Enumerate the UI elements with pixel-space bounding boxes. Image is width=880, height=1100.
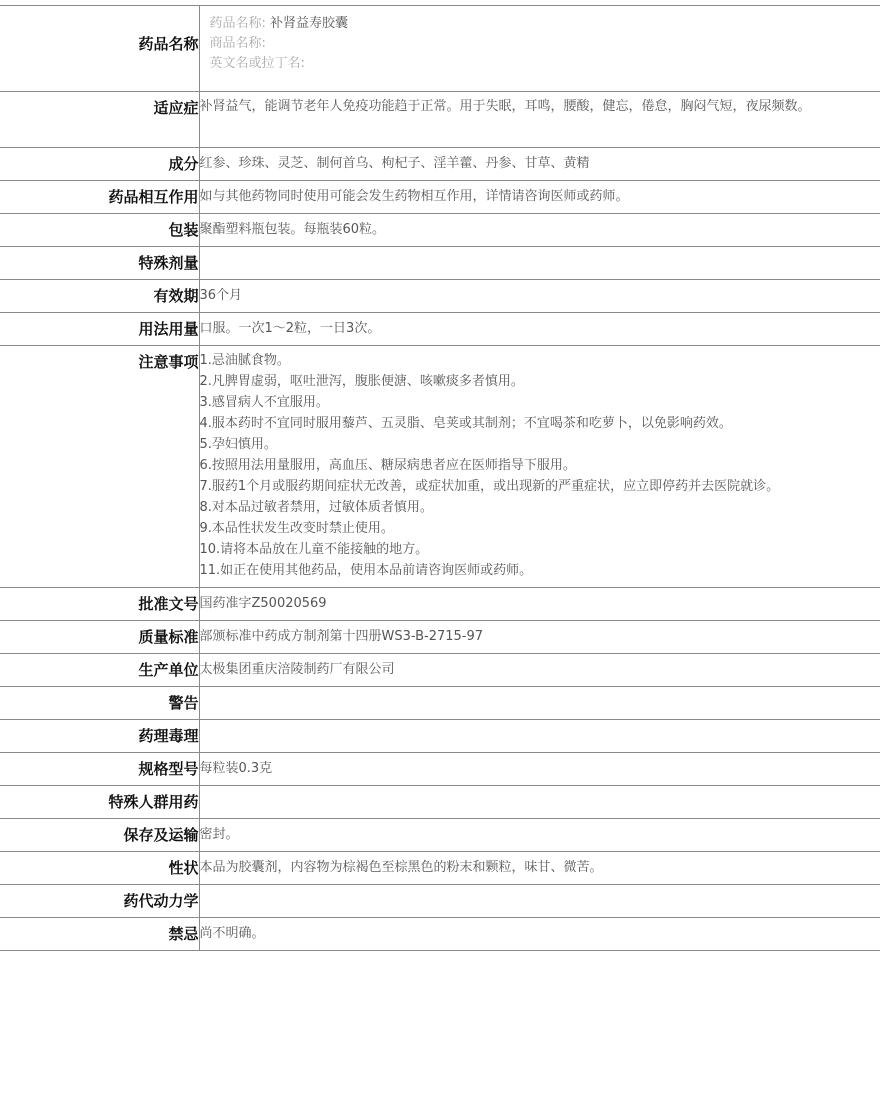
label-storage: 保存及运输 <box>0 819 199 852</box>
value-special-dosage <box>199 247 880 280</box>
row-ingredients: 成分 红参、珍珠、灵芝、制何首乌、枸杞子、淫羊藿、丹参、甘草、黄精 <box>0 148 880 181</box>
label-quality-standard: 质量标准 <box>0 621 199 654</box>
value-pharmacokinetics <box>199 885 880 918</box>
precaution-item: 4.服本药时不宜同时服用藜芦、五灵脂、皂荚或其制剂；不宜喝茶和吃萝卜，以免影响药… <box>200 413 880 434</box>
label-description: 性状 <box>0 852 199 885</box>
value-special-population <box>199 786 880 819</box>
row-quality-standard: 质量标准 部颁标准中药成方制剂第十四册WS3-B-2715-97 <box>0 621 880 654</box>
drug-spec-table: 药品名称 药品名称: 补肾益寿胶囊 商品名称: 英文名或拉丁名: 适应症 补肾益… <box>0 5 880 951</box>
row-special-dosage: 特殊剂量 <box>0 247 880 280</box>
value-usage: 口服。一次1～2粒，一日3次。 <box>199 313 880 346</box>
value-indications: 补肾益气，能调节老年人免疫功能趋于正常。用于失眠，耳鸣，腰酸，健忘，倦怠，胸闷气… <box>199 92 880 148</box>
value-pharmacology <box>199 720 880 753</box>
row-pharmacokinetics: 药代动力学 <box>0 885 880 918</box>
row-manufacturer: 生产单位 太极集团重庆涪陵制药厂有限公司 <box>0 654 880 687</box>
row-specification: 规格型号 每粒装0.3克 <box>0 753 880 786</box>
value-precautions: 1.忌油腻食物。 2.凡脾胃虚弱，呕吐泄泻，腹胀便溏、咳嗽痰多者慎用。 3.感冒… <box>199 346 880 588</box>
precaution-item: 11.如正在使用其他药品，使用本品前请咨询医师或药师。 <box>200 560 880 581</box>
value-quality-standard: 部颁标准中药成方制剂第十四册WS3-B-2715-97 <box>199 621 880 654</box>
english-name-key: 英文名或拉丁名: <box>210 56 305 71</box>
generic-name-value: 补肾益寿胶囊 <box>270 16 348 31</box>
label-specification: 规格型号 <box>0 753 199 786</box>
row-approval-number: 批准文号 国药准字Z50020569 <box>0 588 880 621</box>
label-pharmacology: 药理毒理 <box>0 720 199 753</box>
generic-name-line: 药品名称: 补肾益寿胶囊 <box>210 14 880 34</box>
value-approval-number: 国药准字Z50020569 <box>199 588 880 621</box>
label-ingredients: 成分 <box>0 148 199 181</box>
generic-name-key: 药品名称: <box>210 16 266 31</box>
value-drug-name: 药品名称: 补肾益寿胶囊 商品名称: 英文名或拉丁名: <box>199 6 880 92</box>
trade-name-key: 商品名称: <box>210 36 266 51</box>
label-indications: 适应症 <box>0 92 199 148</box>
row-special-population: 特殊人群用药 <box>0 786 880 819</box>
value-shelf-life: 36个月 <box>199 280 880 313</box>
value-description: 本品为胶囊剂，内容物为棕褐色至棕黑色的粉末和颗粒，味甘、微苦。 <box>199 852 880 885</box>
label-interactions: 药品相互作用 <box>0 181 199 214</box>
row-contraindications: 禁忌 尚不明确。 <box>0 918 880 951</box>
label-packaging: 包装 <box>0 214 199 247</box>
label-contraindications: 禁忌 <box>0 918 199 951</box>
precaution-item: 3.感冒病人不宜服用。 <box>200 392 880 413</box>
row-interactions: 药品相互作用 如与其他药物同时使用可能会发生药物相互作用，详情请咨询医师或药师。 <box>0 181 880 214</box>
trade-name-line: 商品名称: <box>210 34 880 54</box>
label-special-dosage: 特殊剂量 <box>0 247 199 280</box>
label-warning: 警告 <box>0 687 199 720</box>
value-interactions: 如与其他药物同时使用可能会发生药物相互作用，详情请咨询医师或药师。 <box>199 181 880 214</box>
row-usage: 用法用量 口服。一次1～2粒，一日3次。 <box>0 313 880 346</box>
value-contraindications: 尚不明确。 <box>199 918 880 951</box>
label-special-population: 特殊人群用药 <box>0 786 199 819</box>
row-precautions: 注意事项 1.忌油腻食物。 2.凡脾胃虚弱，呕吐泄泻，腹胀便溏、咳嗽痰多者慎用。… <box>0 346 880 588</box>
value-packaging: 聚酯塑料瓶包装。每瓶装60粒。 <box>199 214 880 247</box>
row-packaging: 包装 聚酯塑料瓶包装。每瓶装60粒。 <box>0 214 880 247</box>
precaution-item: 6.按照用法用量服用，高血压、糖尿病患者应在医师指导下服用。 <box>200 455 880 476</box>
row-shelf-life: 有效期 36个月 <box>0 280 880 313</box>
label-drug-name: 药品名称 <box>0 6 199 92</box>
value-ingredients: 红参、珍珠、灵芝、制何首乌、枸杞子、淫羊藿、丹参、甘草、黄精 <box>199 148 880 181</box>
label-precautions: 注意事项 <box>0 346 199 588</box>
value-manufacturer: 太极集团重庆涪陵制药厂有限公司 <box>199 654 880 687</box>
label-usage: 用法用量 <box>0 313 199 346</box>
label-shelf-life: 有效期 <box>0 280 199 313</box>
value-storage: 密封。 <box>199 819 880 852</box>
precaution-item: 9.本品性状发生改变时禁止使用。 <box>200 518 880 539</box>
precaution-item: 7.服药1个月或服药期间症状无改善，或症状加重，或出现新的严重症状，应立即停药并… <box>200 476 880 497</box>
english-name-line: 英文名或拉丁名: <box>210 54 880 74</box>
row-pharmacology: 药理毒理 <box>0 720 880 753</box>
precaution-item: 1.忌油腻食物。 <box>200 350 880 371</box>
row-storage: 保存及运输 密封。 <box>0 819 880 852</box>
row-indications: 适应症 补肾益气，能调节老年人免疫功能趋于正常。用于失眠，耳鸣，腰酸，健忘，倦怠… <box>0 92 880 148</box>
label-pharmacokinetics: 药代动力学 <box>0 885 199 918</box>
row-warning: 警告 <box>0 687 880 720</box>
row-drug-name: 药品名称 药品名称: 补肾益寿胶囊 商品名称: 英文名或拉丁名: <box>0 6 880 92</box>
precaution-item: 8.对本品过敏者禁用，过敏体质者慎用。 <box>200 497 880 518</box>
label-manufacturer: 生产单位 <box>0 654 199 687</box>
precaution-item: 2.凡脾胃虚弱，呕吐泄泻，腹胀便溏、咳嗽痰多者慎用。 <box>200 371 880 392</box>
value-specification: 每粒装0.3克 <box>199 753 880 786</box>
precaution-item: 10.请将本品放在儿童不能接触的地方。 <box>200 539 880 560</box>
label-approval-number: 批准文号 <box>0 588 199 621</box>
row-description: 性状 本品为胶囊剂，内容物为棕褐色至棕黑色的粉末和颗粒，味甘、微苦。 <box>0 852 880 885</box>
value-warning <box>199 687 880 720</box>
precaution-item: 5.孕妇慎用。 <box>200 434 880 455</box>
